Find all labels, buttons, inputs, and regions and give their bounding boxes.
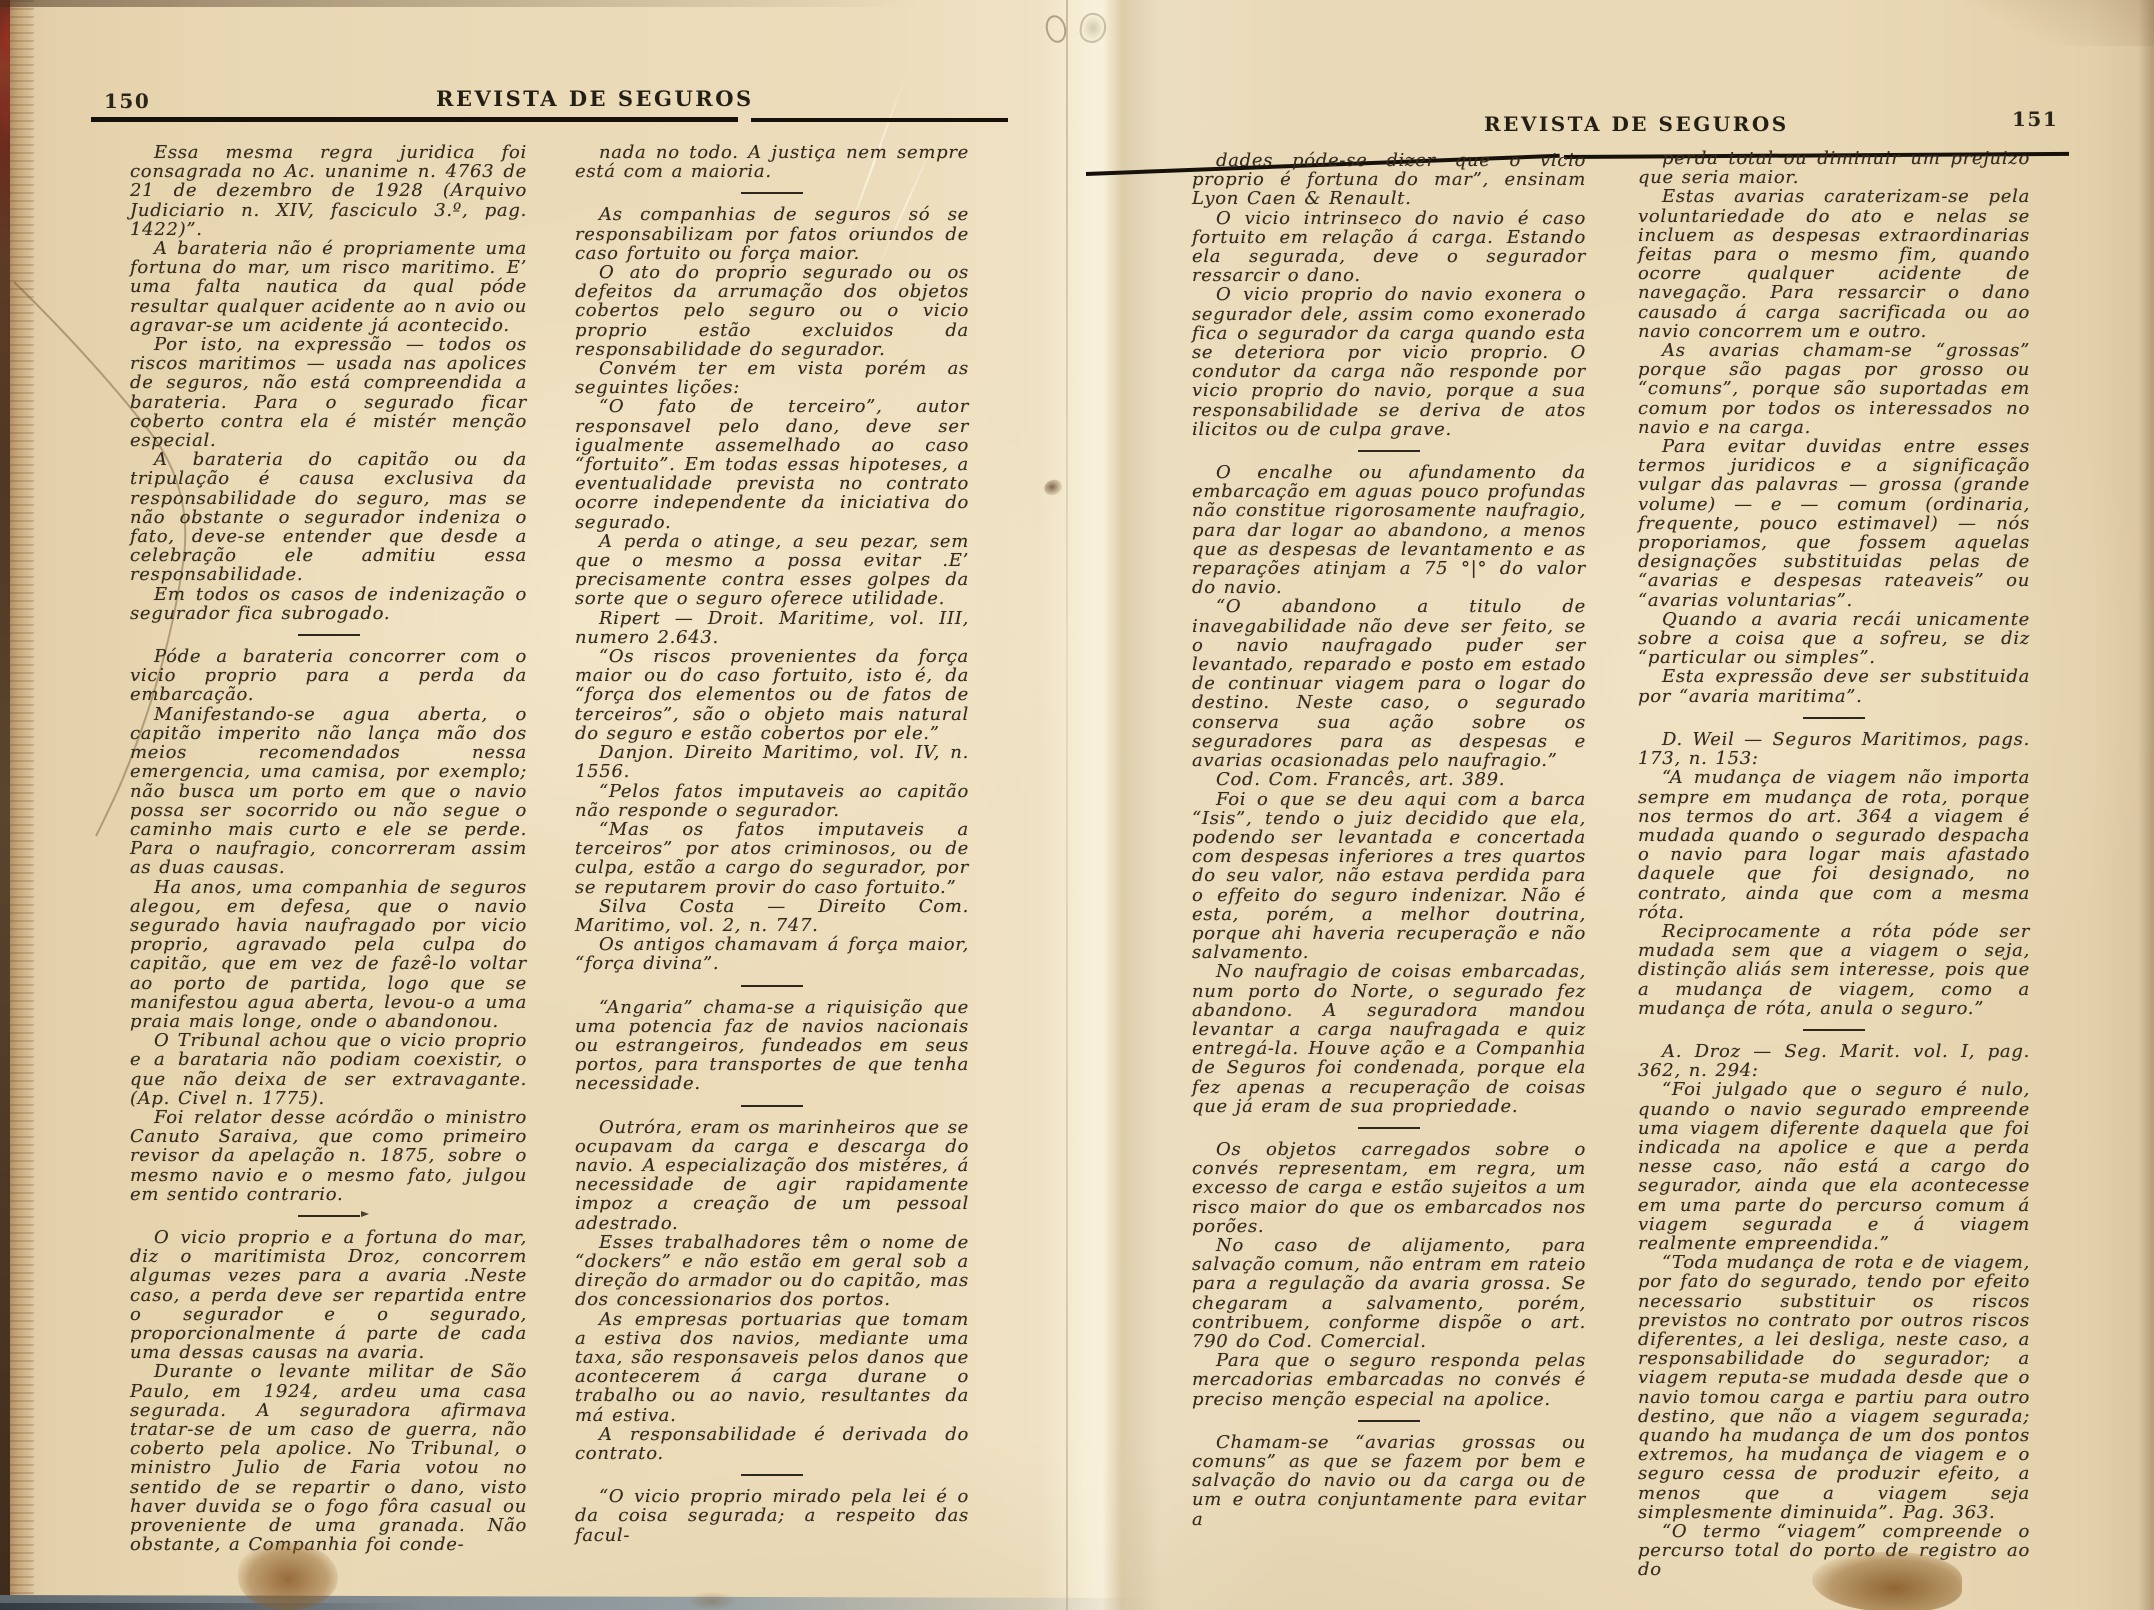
paragraph: Durante o levante militar de São Paulo, … — [130, 1362, 527, 1554]
pencil-curl-mark — [1078, 11, 1109, 45]
paragraph: O vicio proprio do navio exonera o segur… — [1192, 285, 1586, 439]
text-column-4: perda total ou diminuir um prejuizo que … — [1638, 149, 2030, 1580]
paragraph: Ha anos, uma companhia de seguros alegou… — [130, 878, 527, 1032]
section-divider-rule — [1803, 717, 1865, 719]
header-rule — [751, 118, 1008, 122]
top-edge-shadow — [0, 0, 920, 7]
page-number-left: 150 — [104, 89, 150, 113]
paragraph: A perda o atinge, a seu pezar, sem que o… — [575, 532, 969, 609]
paragraph: “A mudança de viagem não importa sempre … — [1638, 768, 2030, 922]
paragraph: Outróra, eram os marinheiros que se ocup… — [575, 1118, 969, 1233]
paragraph: A responsabilidade é derivada do contrat… — [575, 1425, 969, 1463]
paragraph: Para evitar duvidas entre esses termos j… — [1638, 437, 2030, 610]
book-spine-edge — [0, 0, 10, 1610]
paragraph: Ripert — Droit. Maritime, vol. III, nume… — [575, 609, 969, 647]
paragraph: Póde a barateria concorrer com o vicio p… — [130, 647, 527, 705]
paragraph: O ato do proprio segurado ou os defeitos… — [575, 263, 969, 359]
section-divider-rule — [1358, 1127, 1420, 1129]
spine-red-blot — [0, 84, 12, 136]
paragraph: Esses trabalhadores têm o nome de “docke… — [575, 1233, 969, 1310]
paragraph: O Tribunal achou que o vicio proprio e a… — [130, 1031, 527, 1108]
paragraph: Quando a avaria recái unicamente sobre a… — [1638, 610, 2030, 668]
section-divider-rule — [1358, 1420, 1420, 1422]
paragraph: Estas avarias caraterizam-se pela volunt… — [1638, 187, 2030, 341]
paragraph: perda total ou diminuir um prejuizo que … — [1638, 149, 2030, 187]
journal-title-right: REVISTA DE SEGUROS — [1484, 112, 1726, 136]
paragraph: “Mas os fatos imputaveis a terceiros” po… — [575, 820, 969, 897]
paragraph: “Foi julgado que o seguro é nulo, quando… — [1638, 1080, 2030, 1253]
paragraph: Em todos os casos de indenização o segur… — [130, 585, 527, 623]
section-divider-rule — [741, 985, 803, 987]
paragraph: A barateria do capitão ou da tripulação … — [130, 450, 527, 584]
paragraph: As avarias chamam-se “grossas” porque sã… — [1638, 341, 2030, 437]
paragraph: As empresas portuarias que tomam a estiv… — [575, 1310, 969, 1425]
paragraph: Para que o seguro responda pelas mercado… — [1192, 1351, 1586, 1409]
gutter-nick-mark — [1042, 478, 1063, 497]
paragraph: A. Droz — Seg. Marit. vol. I, pag. 362, … — [1638, 1042, 2030, 1080]
paragraph: As companhias de seguros só se responsab… — [575, 205, 969, 263]
paragraph: O encalhe ou afundamento da embarcação e… — [1192, 463, 1586, 597]
paragraph: Reciprocamente a róta póde ser mudada se… — [1638, 922, 2030, 1018]
paragraph: Os objetos carregados sobre o convés rep… — [1192, 1140, 1586, 1236]
page-number-right: 151 — [2012, 107, 2058, 131]
section-divider-rule — [741, 1474, 803, 1476]
pencil-curl-mark — [1043, 13, 1069, 45]
paragraph: “O termo “viagem” compreende o percurso … — [1638, 1522, 2030, 1580]
bottom-scan-edge — [0, 1595, 1150, 1610]
paragraph: Silva Costa — Direito Com. Maritimo, vol… — [575, 897, 969, 935]
paragraph: No naufragio de coisas embarcadas, num p… — [1192, 962, 1586, 1116]
paragraph: “O abandono a titulo de inavegabilidade … — [1192, 597, 1586, 770]
paragraph: nada no todo. A justiça nem sempre está … — [575, 143, 969, 181]
paragraph: “O vicio proprio mirado pela lei é o da … — [575, 1487, 969, 1545]
paragraph: Manifestando-se agua aberta, o capitão i… — [130, 705, 527, 878]
section-divider-rule — [741, 1105, 803, 1107]
paragraph: Danjon. Direito Maritimo, vol. IV, n. 15… — [575, 743, 969, 781]
paragraph: “O fato de terceiro”, autor responsavel … — [575, 397, 969, 531]
paragraph: “Os riscos provenientes da força maior o… — [575, 647, 969, 743]
paragraph: Foi o que se deu aqui com a barca “Isis”… — [1192, 790, 1586, 963]
paragraph: O vicio proprio e a fortuna do mar, diz … — [130, 1228, 527, 1362]
text-column-3: dades póde-se dizer que o vicio proprio … — [1192, 151, 1586, 1529]
right-edge-shade — [2138, 0, 2154, 1610]
paragraph: Convém ter em vista porém as seguintes l… — [575, 359, 969, 397]
section-divider-rule — [1358, 450, 1420, 452]
scan-artifact-stain — [688, 1592, 736, 1610]
page-fold-seam — [1066, 0, 1068, 1610]
paragraph: Por isto, na expressão — todos os riscos… — [130, 335, 527, 450]
section-divider-rule — [1803, 1029, 1865, 1031]
paragraph: “Angaria” chama-se a riquisição que uma … — [575, 998, 969, 1094]
paragraph: Essa mesma regra juridica foi consagrada… — [130, 143, 527, 239]
paragraph: Chamam-se “avarias grossas ou comuns” as… — [1192, 1433, 1586, 1529]
paragraph: O vicio intrinseco do navio é caso fortu… — [1192, 209, 1586, 286]
paragraph: “Toda mudança de rota e de viagem, por f… — [1638, 1253, 2030, 1522]
text-column-1: Essa mesma regra juridica foi consagrada… — [130, 143, 527, 1554]
paragraph: No caso de alijamento, para salvação com… — [1192, 1236, 1586, 1351]
spine-red-blot — [0, 6, 14, 72]
section-divider-rule — [298, 1215, 360, 1217]
top-right-shade — [1964, 0, 2154, 46]
text-column-2: nada no todo. A justiça nem sempre está … — [575, 143, 969, 1545]
journal-title-left: REVISTA DE SEGUROS — [436, 86, 694, 111]
paragraph: Foi relator desse acórdão o ministro Can… — [130, 1108, 527, 1204]
paragraph: “Pelos fatos imputaveis ao capitão não r… — [575, 782, 969, 820]
paragraph: D. Weil — Seguros Maritimos, pags. 173, … — [1638, 730, 2030, 768]
paragraph: Cod. Com. Francês, art. 389. — [1192, 770, 1586, 789]
scanned-book-spread: 150 REVISTA DE SEGUROS REVISTA DE SEGURO… — [0, 0, 2154, 1610]
section-divider-rule — [298, 634, 360, 636]
page-stack-edge — [10, 0, 34, 1610]
section-divider-rule — [741, 192, 803, 194]
page-fold-gutter — [1040, 0, 1160, 1610]
bottom-corner-shadow — [0, 1603, 420, 1610]
paragraph: Esta expressão deve ser substituida por … — [1638, 667, 2030, 705]
paragraph: dades póde-se dizer que o vicio proprio … — [1192, 151, 1586, 209]
paragraph: Os antigos chamavam á força maior, “forç… — [575, 935, 969, 973]
paragraph: A barateria não é propriamente uma fortu… — [130, 239, 527, 335]
header-rule — [91, 117, 738, 122]
